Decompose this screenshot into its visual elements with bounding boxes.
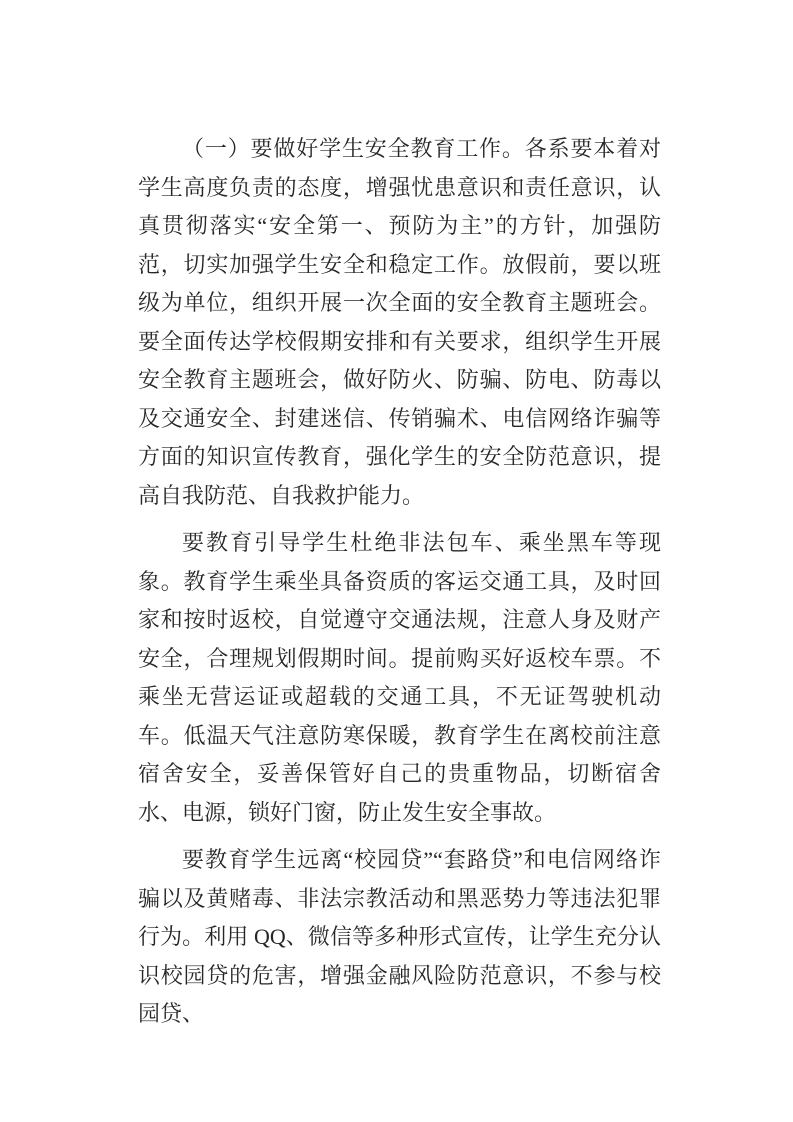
paragraph-loan-fraud-warning: 要教育学生远离“校园贷”“套路贷”和电信网络诈骗以及黄赌毒、非法宗教活动和黑恶势… [138,841,661,1034]
paragraph-safety-education: （一）要做好学生安全教育工作。各系要本着对学生高度负责的态度，增强忧患意识和责任… [138,130,661,515]
paragraph-transport-safety: 要教育引导学生杜绝非法包车、乘坐黑车等现象。教育学生乘坐具备资质的客运交通工具，… [138,524,661,832]
document-page: （一）要做好学生安全教育工作。各系要本着对学生高度负责的态度，增强忧患意识和责任… [0,0,793,1122]
document-body: （一）要做好学生安全教育工作。各系要本着对学生高度负责的态度，增强忧患意识和责任… [138,130,661,1043]
